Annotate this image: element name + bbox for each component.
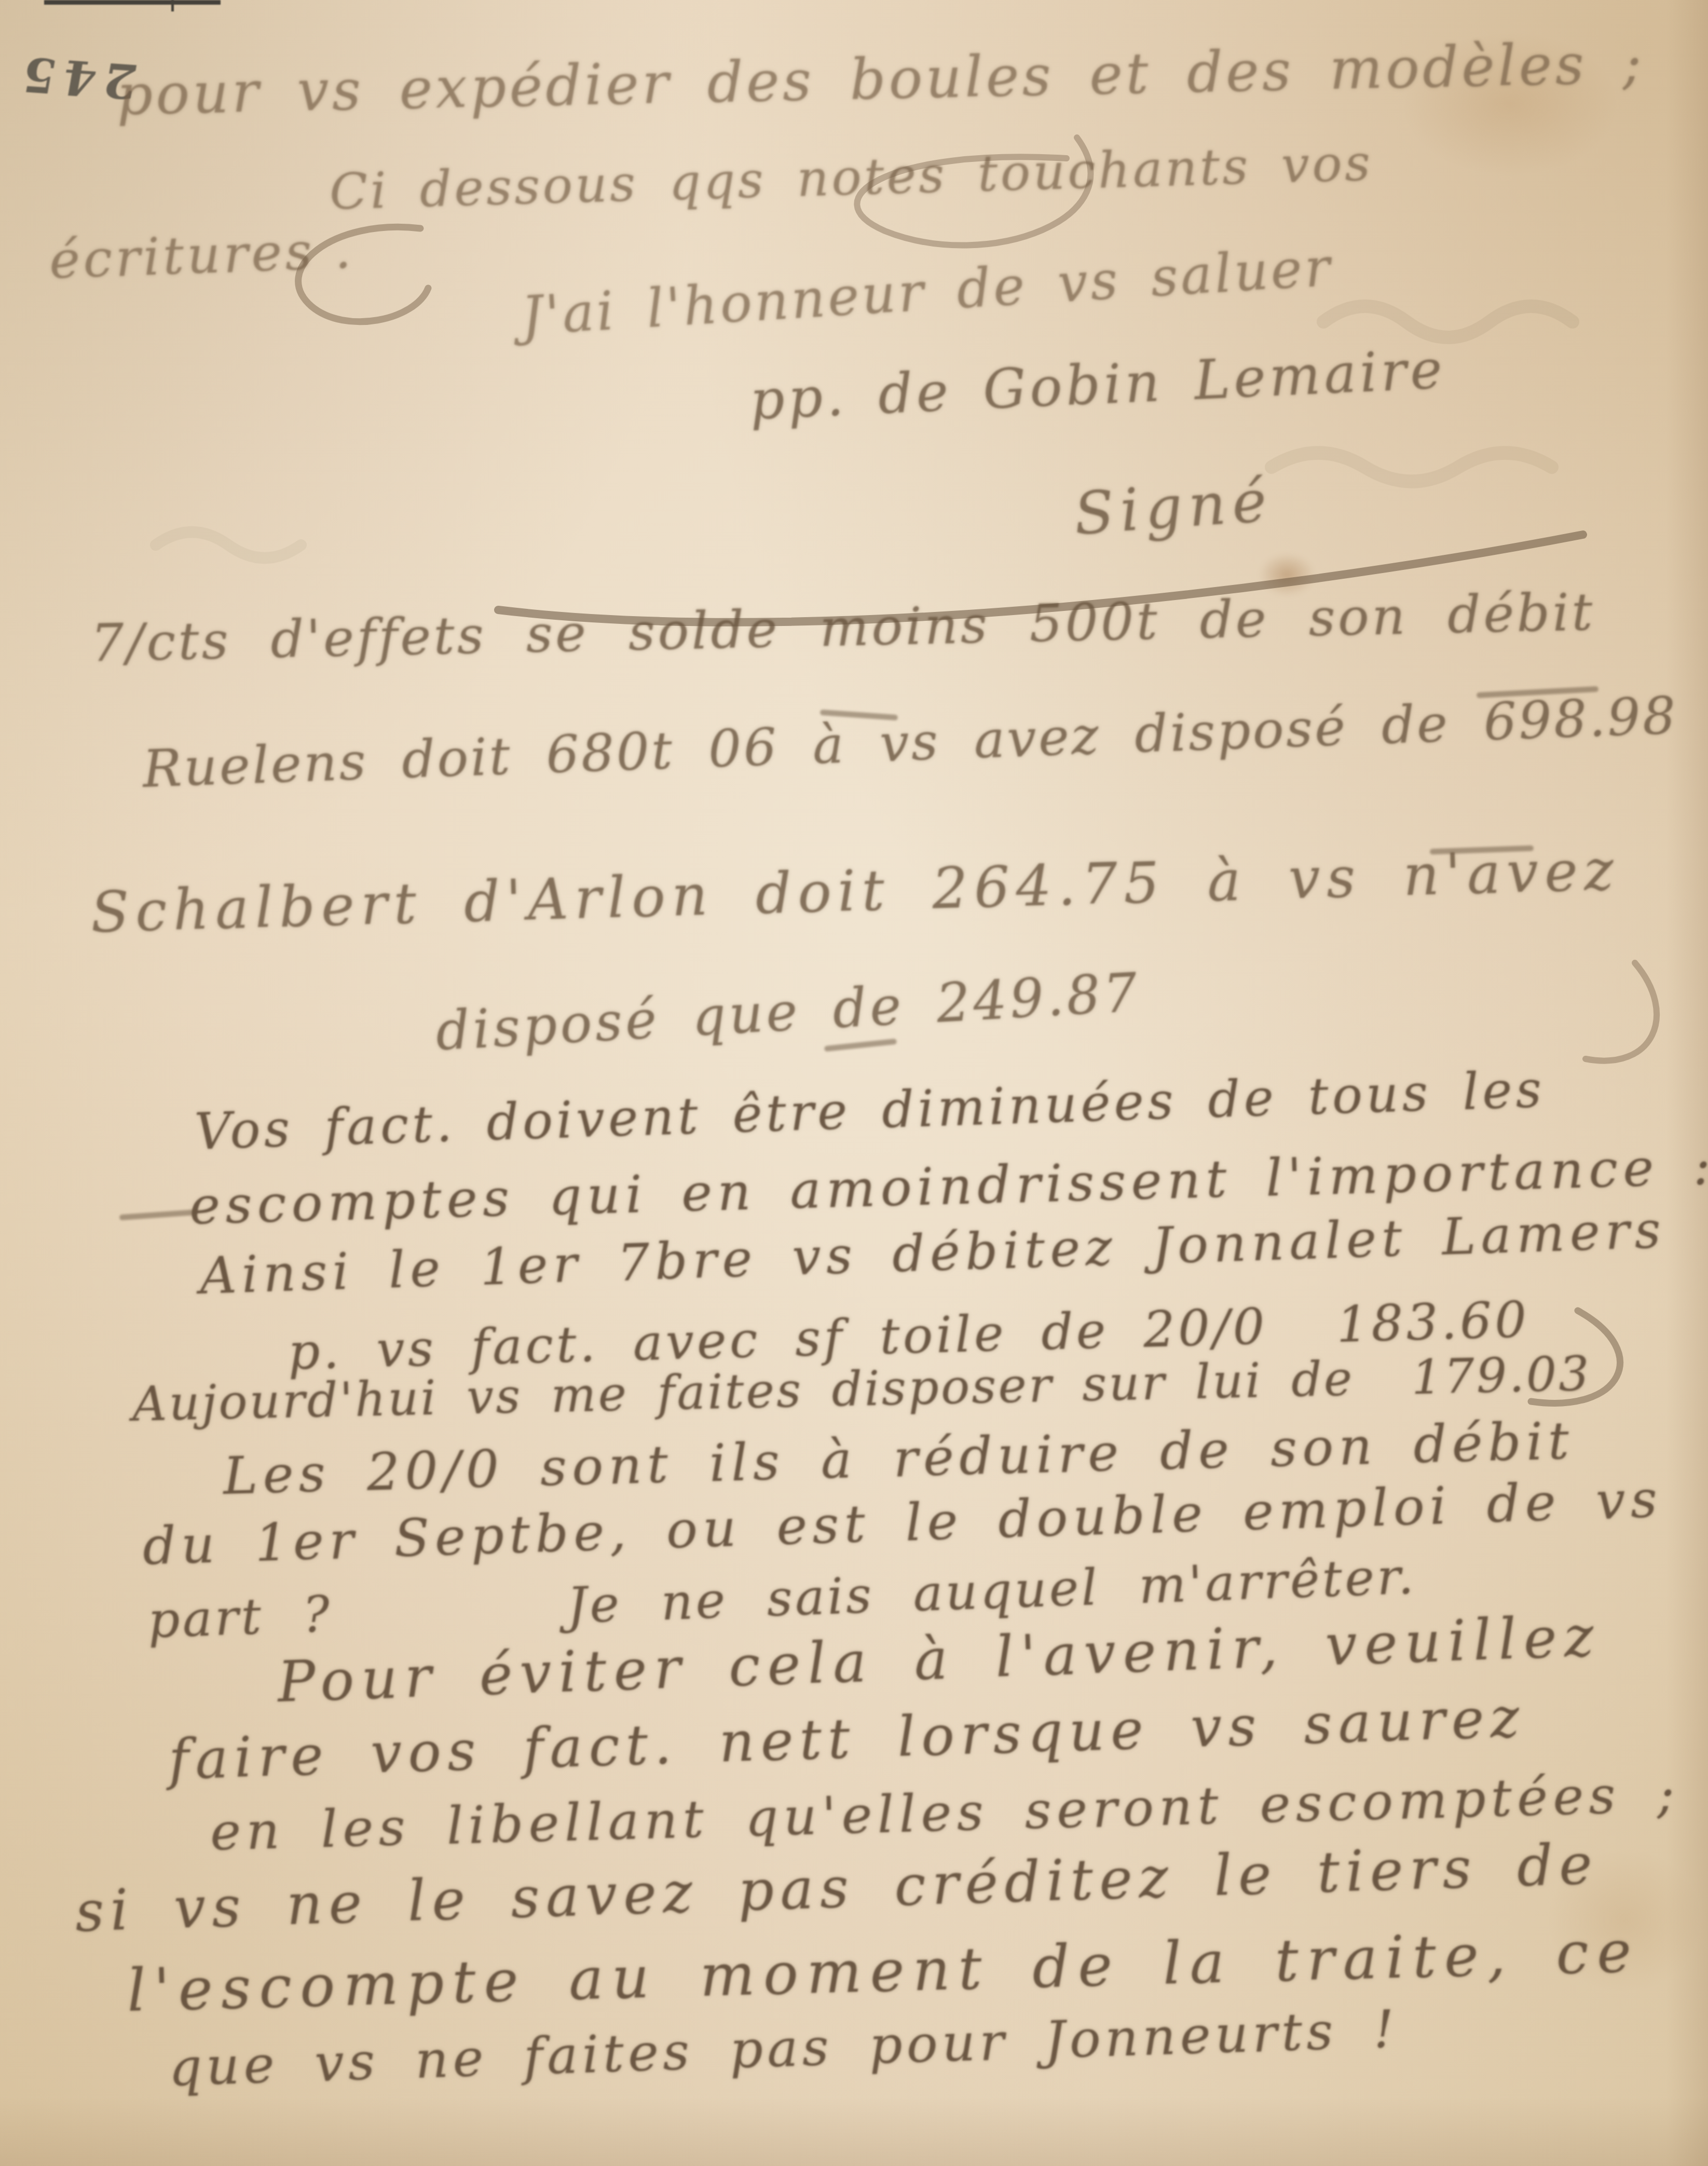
scan-edge-artifact (171, 0, 174, 11)
letter-line: écritures . (48, 224, 355, 287)
paper-aging-band (0, 2097, 1708, 2166)
word-tail-flourish (1586, 963, 1657, 1061)
signature-name: pp. de Gobin Lemaire (749, 342, 1447, 428)
letter-line: Vos fact. doivent être diminuées de tous… (194, 1064, 1546, 1157)
letter-line: Ci dessous qqs notes touchants vos (329, 138, 1374, 217)
letter-line: l'escompte au moment de la traite, ce (127, 1923, 1641, 2020)
letter-line: 7/cts d'effets se solde moins 500t de so… (90, 586, 1595, 670)
letter-closing-line: J'ai l'honneur de vs saluer (520, 241, 1334, 344)
bleed-through-ghost (156, 532, 301, 558)
bleed-through-ghost (1323, 306, 1573, 337)
letter-line: Ruelens doit 680t 06 à vs avez disposé d… (142, 690, 1678, 795)
paper-aging-band (1666, 0, 1708, 2166)
letter-page: 245 pour vs expédier des boules et des m… (0, 0, 1708, 2166)
bleed-through-ghost (1272, 453, 1552, 482)
scan-edge-artifact (44, 0, 221, 5)
signature-annotation: Signé (1072, 471, 1275, 543)
ink-dash (119, 1209, 197, 1220)
letter-line: Schalbert d'Arlon doit 264.75 à vs n'ave… (90, 842, 1620, 941)
letter-line: disposé que de 249.87 (434, 966, 1141, 1059)
